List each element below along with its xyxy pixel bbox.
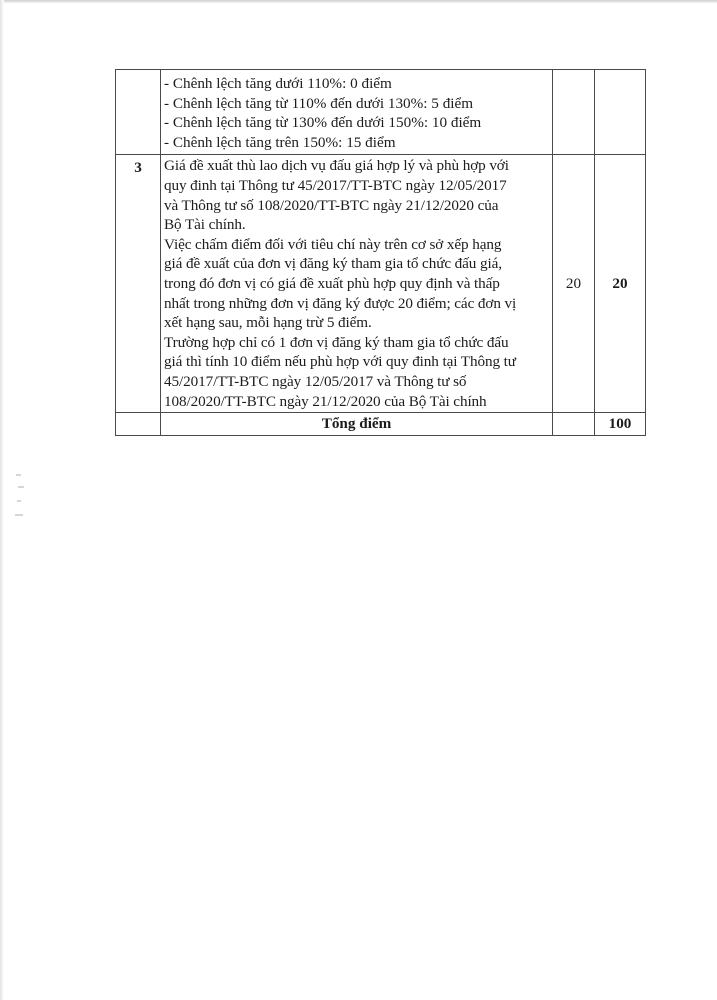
score-cell <box>595 70 646 155</box>
criteria-line: xết hạng sau, mỗi hạng trừ 5 điểm. <box>164 313 549 333</box>
criteria-paragraph: Giá đề xuất thù lao dịch vụ đấu giá hợp … <box>164 156 549 234</box>
binding-marks <box>14 470 28 530</box>
scoring-criteria-table: - Chênh lệch tăng dưới 110%: 0 điểm - Ch… <box>115 69 646 436</box>
criteria-paragraph: Trường hợp chỉ có 1 đơn vị đăng ký tham … <box>164 333 549 411</box>
stt-cell: 3 <box>116 155 161 413</box>
criteria-line: Bộ Tài chính. <box>164 215 549 235</box>
criteria-line: 45/2017/TT-BTC ngày 12/05/2017 và Thông … <box>164 372 549 392</box>
total-stt-cell <box>116 413 161 436</box>
criteria-line: - Chênh lệch tăng từ 130% đến dưới 150%:… <box>164 113 549 133</box>
criteria-line: Giá đề xuất thù lao dịch vụ đấu giá hợp … <box>164 156 549 176</box>
criteria-line: giá thì tính 10 điểm nếu phù hợp với quy… <box>164 352 549 372</box>
page-top-edge <box>0 0 717 3</box>
criteria-line: giá đề xuất của đơn vị đăng ký tham gia … <box>164 254 549 274</box>
criteria-content-cell: Giá đề xuất thù lao dịch vụ đấu giá hợp … <box>161 155 553 413</box>
total-score: 100 <box>595 413 646 436</box>
stt-cell <box>116 70 161 155</box>
criteria-line: - Chênh lệch tăng từ 110% đến dưới 130%:… <box>164 94 549 114</box>
criteria-line: Trường hợp chỉ có 1 đơn vị đăng ký tham … <box>164 333 549 353</box>
table-row-total: Tổng điểm 100 <box>116 413 646 436</box>
max-score-cell <box>553 70 595 155</box>
page-left-edge <box>0 0 4 1000</box>
criteria-line: quy đinh tại Thông tư 45/2017/TT-BTC ngà… <box>164 176 549 196</box>
criteria-line: 108/2020/TT-BTC ngày 21/12/2020 của Bộ T… <box>164 392 549 412</box>
criteria-line: và Thông tư số 108/2020/TT-BTC ngày 21/1… <box>164 196 549 216</box>
table-row-continued: - Chênh lệch tăng dưới 110%: 0 điểm - Ch… <box>116 70 646 155</box>
total-label: Tổng điểm <box>161 413 553 436</box>
criteria-line: Việc chấm điểm đối với tiêu chí này trên… <box>164 235 549 255</box>
criteria-line: trong đó đơn vị có giá đề xuất phù hợp q… <box>164 274 549 294</box>
criteria-line: - Chênh lệch tăng trên 150%: 15 điểm <box>164 133 549 153</box>
score-cell: 20 <box>595 155 646 413</box>
table-row-criterion-3: 3 Giá đề xuất thù lao dịch vụ đấu giá hợ… <box>116 155 646 413</box>
criteria-line: - Chênh lệch tăng dưới 110%: 0 điểm <box>164 74 549 94</box>
criteria-line: nhất trong những đơn vị đăng ký được 20 … <box>164 294 549 314</box>
max-score-cell: 20 <box>553 155 595 413</box>
criteria-content-cell: - Chênh lệch tăng dưới 110%: 0 điểm - Ch… <box>161 70 553 155</box>
criteria-paragraph: Việc chấm điểm đối với tiêu chí này trên… <box>164 235 549 333</box>
total-max-score-cell <box>553 413 595 436</box>
